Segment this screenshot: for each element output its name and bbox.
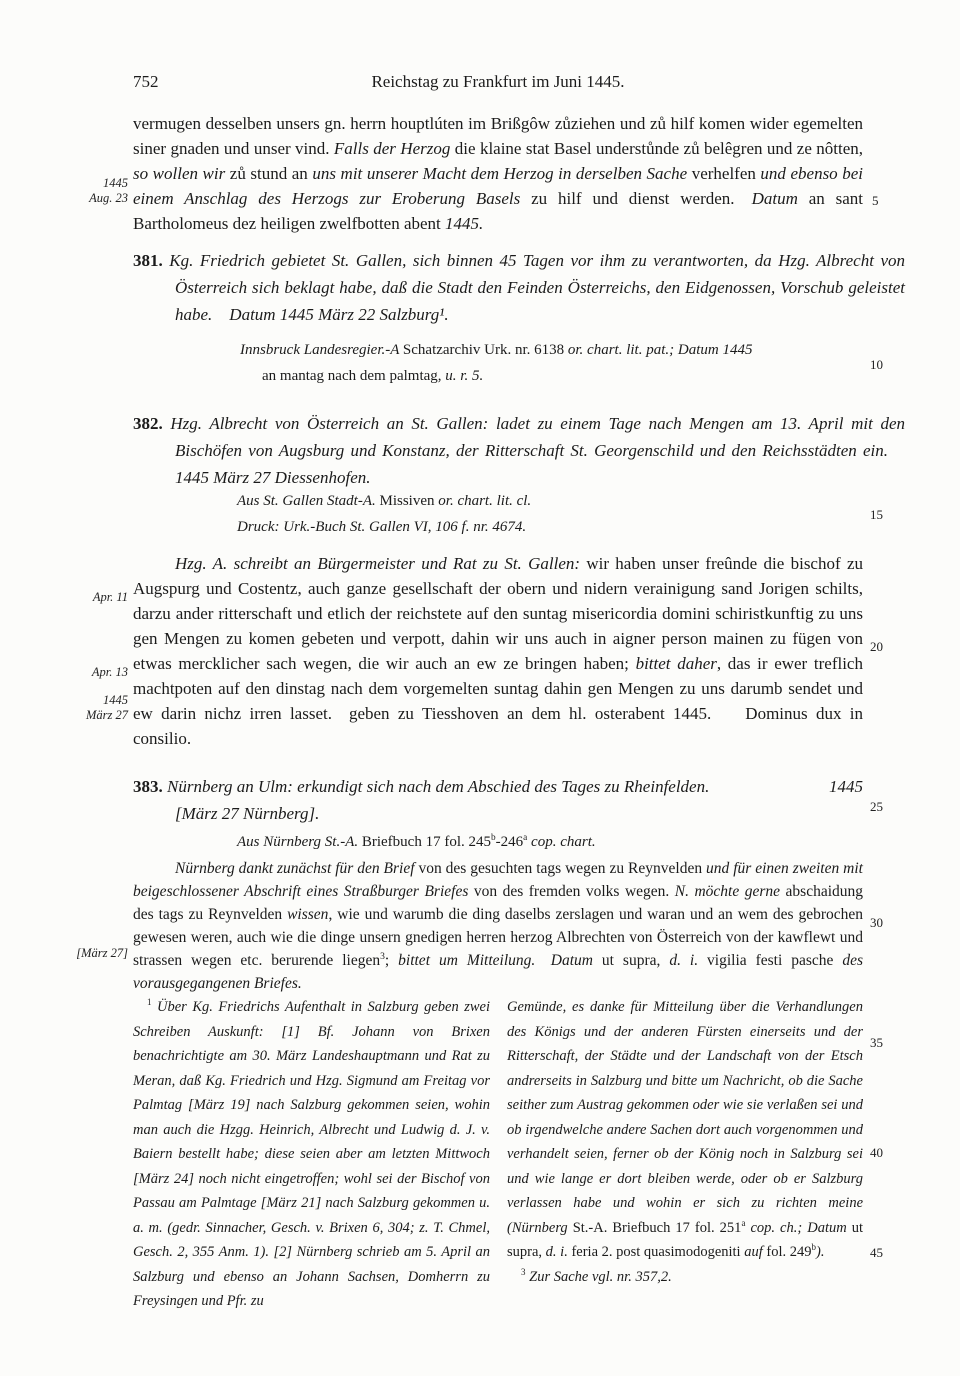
line-number-30: 30 (870, 916, 883, 930)
line-number-40: 40 (870, 1146, 883, 1160)
line-number-25: 25 (870, 800, 883, 814)
entry-381-source-line-2: an mantag nach dem palmtag, u. r. 5. (262, 363, 862, 389)
margin-note-marz-27-bracket: [März 27] (36, 946, 128, 961)
entry-381-source-line-1: Innsbruck Landesregier.-A Schatzarchiv U… (240, 337, 864, 363)
footnote-3: 3 Zur Sache vgl. nr. 357,2. (507, 1265, 863, 1290)
line-number-5: 5 (872, 194, 879, 208)
margin-note-1445-marz-27: 1445 März 27 (42, 693, 128, 723)
continuation-paragraph: vermugen desselben unsers gn. herrn houp… (133, 111, 863, 236)
entry-383-heading-year: 1445 (829, 773, 863, 800)
entry-381-heading: 381. Kg. Friedrich gebietet St. Gallen, … (133, 247, 905, 328)
margin-note-year: 1445 (42, 693, 128, 708)
footnote-column-right: Gemünde, es danke für Mitteilung über di… (507, 995, 863, 1289)
entry-383-heading-text: 383. Nürnberg an Ulm: erkundigt sich nac… (133, 773, 709, 800)
scanned-book-page: 752 Reichstag zu Frankfurt im Juni 1445.… (0, 0, 960, 1376)
entry-383-heading: 383. Nürnberg an Ulm: erkundigt sich nac… (133, 773, 863, 800)
entry-383-body: Nürnberg dankt zunächst für den Brief vo… (133, 857, 863, 995)
line-number-45: 45 (870, 1246, 883, 1260)
footnote-column-left: 1 Über Kg. Friedrichs Aufenthalt in Salz… (133, 995, 490, 1314)
entry-383-heading-line-2: [März 27 Nürnberg]. (133, 800, 905, 827)
line-number-35: 35 (870, 1036, 883, 1050)
margin-note-date: März 27 (42, 708, 128, 723)
margin-note-apr-11: Apr. 11 (42, 590, 128, 605)
line-number-20: 20 (870, 640, 883, 654)
entry-382-source-line-2: Druck: Urk.-Buch St. Gallen VI, 106 f. n… (237, 514, 857, 540)
margin-note-1445-aug-23: 1445 Aug. 23 (42, 176, 128, 206)
entry-382-body: Hzg. A. schreibt an Bürgermeister und Ra… (133, 551, 863, 751)
margin-note-apr-13: Apr. 13 (42, 665, 128, 680)
entry-382-source-line-1: Aus St. Gallen Stadt-A. Missiven or. cha… (237, 488, 857, 514)
line-number-10: 10 (870, 358, 883, 372)
entry-382-heading: 382. Hzg. Albrecht von Österreich an St.… (133, 410, 905, 491)
entry-383-source: Aus Nürnberg St.-A. Briefbuch 17 fol. 24… (237, 829, 857, 855)
footnote-1-left: 1 Über Kg. Friedrichs Aufenthalt in Salz… (133, 995, 490, 1314)
running-title: Reichstag zu Frankfurt im Juni 1445. (133, 72, 863, 92)
margin-note-year: 1445 (42, 176, 128, 191)
margin-note-date: Aug. 23 (42, 191, 128, 206)
line-number-15: 15 (870, 508, 883, 522)
footnote-1-right: Gemünde, es danke für Mitteilung über di… (507, 995, 863, 1265)
